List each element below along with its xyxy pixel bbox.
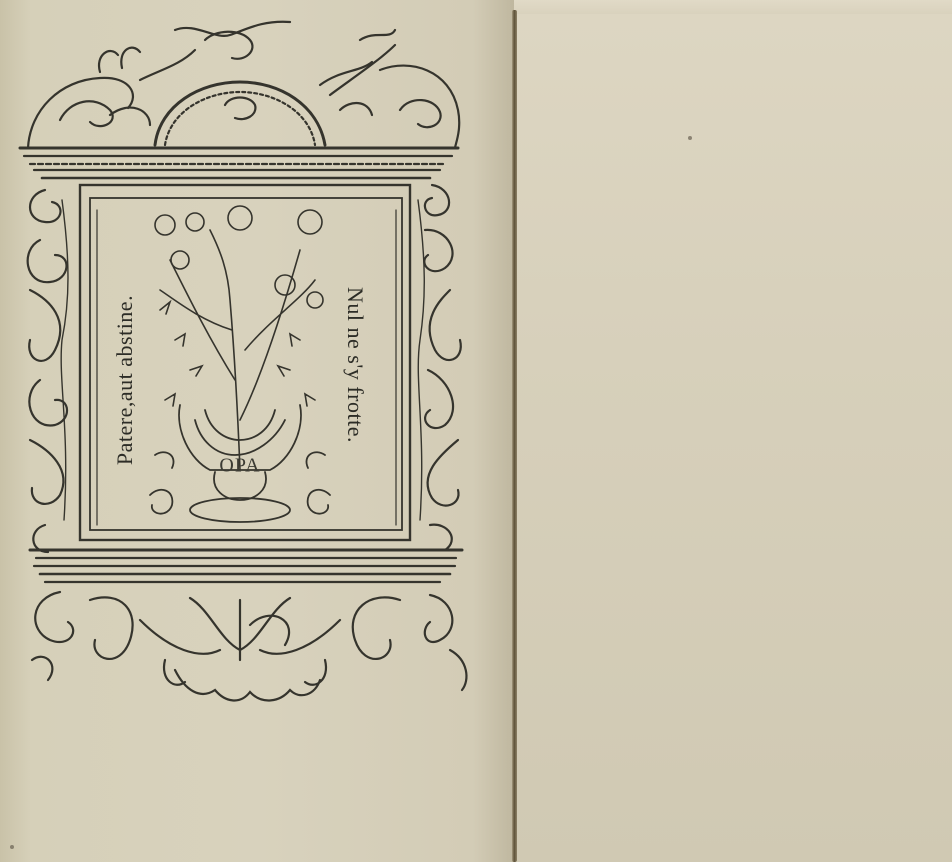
right-scrollwork [418, 185, 461, 550]
motto-left-text: Patere,aut abstine. [112, 295, 138, 465]
paper-speck [10, 845, 14, 849]
bottom-ornament [32, 592, 466, 700]
motto-right-text: Nul ne s'y frotte. [342, 287, 368, 443]
bottom-cornice [30, 550, 462, 582]
book-spread: Patere,aut abstine. Nul ne s'y frotte. O… [0, 0, 952, 862]
paper-speck [688, 136, 692, 140]
left-scrollwork [28, 190, 68, 552]
printers-device-woodcut [0, 0, 514, 862]
top-cornice [20, 148, 458, 178]
right-page-blank [517, 14, 952, 862]
vase-monogram: OPA [219, 455, 260, 478]
crest-ornament [28, 22, 459, 148]
